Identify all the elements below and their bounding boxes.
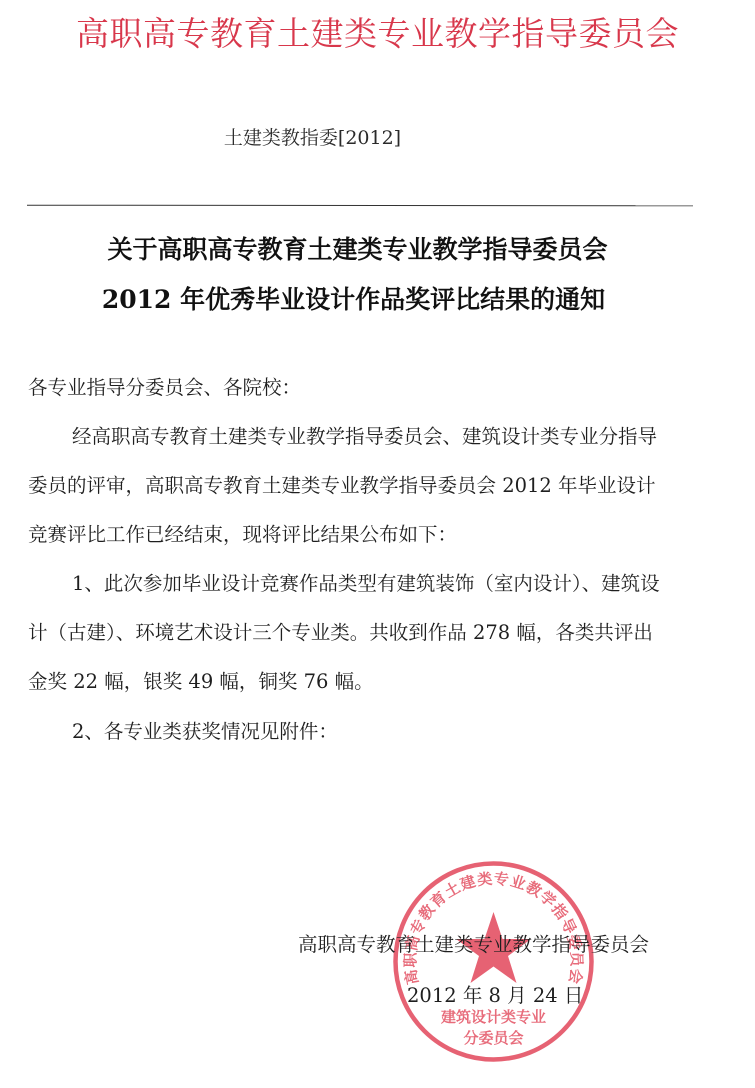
- header-divider: [27, 205, 693, 207]
- body-line: 经高职高专教育土建类专业教学指导委员会、建筑设计类专业分指导: [72, 421, 657, 449]
- notice-title-line-2: 2012 年优秀毕业设计作品奖评比结果的通知: [0, 280, 731, 316]
- seal-graphic: 高职高专教育土建类专业教学指导委员会 建筑设计类专业 分委员会: [392, 860, 595, 1063]
- body-line: 1、此次参加毕业设计竞赛作品类型有建筑装饰（室内设计）、建筑设: [72, 568, 660, 596]
- salutation: 各专业指导分委员会、各院校：: [28, 372, 301, 400]
- body-line: 竞赛评比工作已经结束，现将评比结果公布如下：: [28, 519, 457, 547]
- notice-title-line-1: 关于高职高专教育土建类专业教学指导委员会: [0, 230, 735, 266]
- signature-organization: 高职高专教育土建类专业教学指导委员会: [298, 929, 649, 957]
- body-line: 2、各专业类获奖情况见附件：: [72, 716, 338, 744]
- signature-date: 2012 年 8 月 24 日: [407, 980, 583, 1008]
- seal-inner-line-1: 建筑设计类专业: [441, 1008, 546, 1026]
- body-line: 计（古建）、环境艺术设计三个专业类。共收到作品 278 幅，各类共评出: [28, 617, 653, 645]
- letterhead-title: 高职高专教育土建类专业教学指导委员会: [0, 8, 755, 55]
- document-number: 土建类教指委[2012]: [0, 123, 625, 150]
- body-line: 委员的评审，高职高专教育土建类专业教学指导委员会 2012 年毕业设计: [28, 470, 656, 498]
- body-line: 金奖 22 幅，银奖 49 幅，铜奖 76 幅。: [28, 666, 374, 694]
- seal-inner-line-2: 分委员会: [463, 1029, 523, 1047]
- official-seal: 高职高专教育土建类专业教学指导委员会 建筑设计类专业 分委员会: [392, 860, 595, 1063]
